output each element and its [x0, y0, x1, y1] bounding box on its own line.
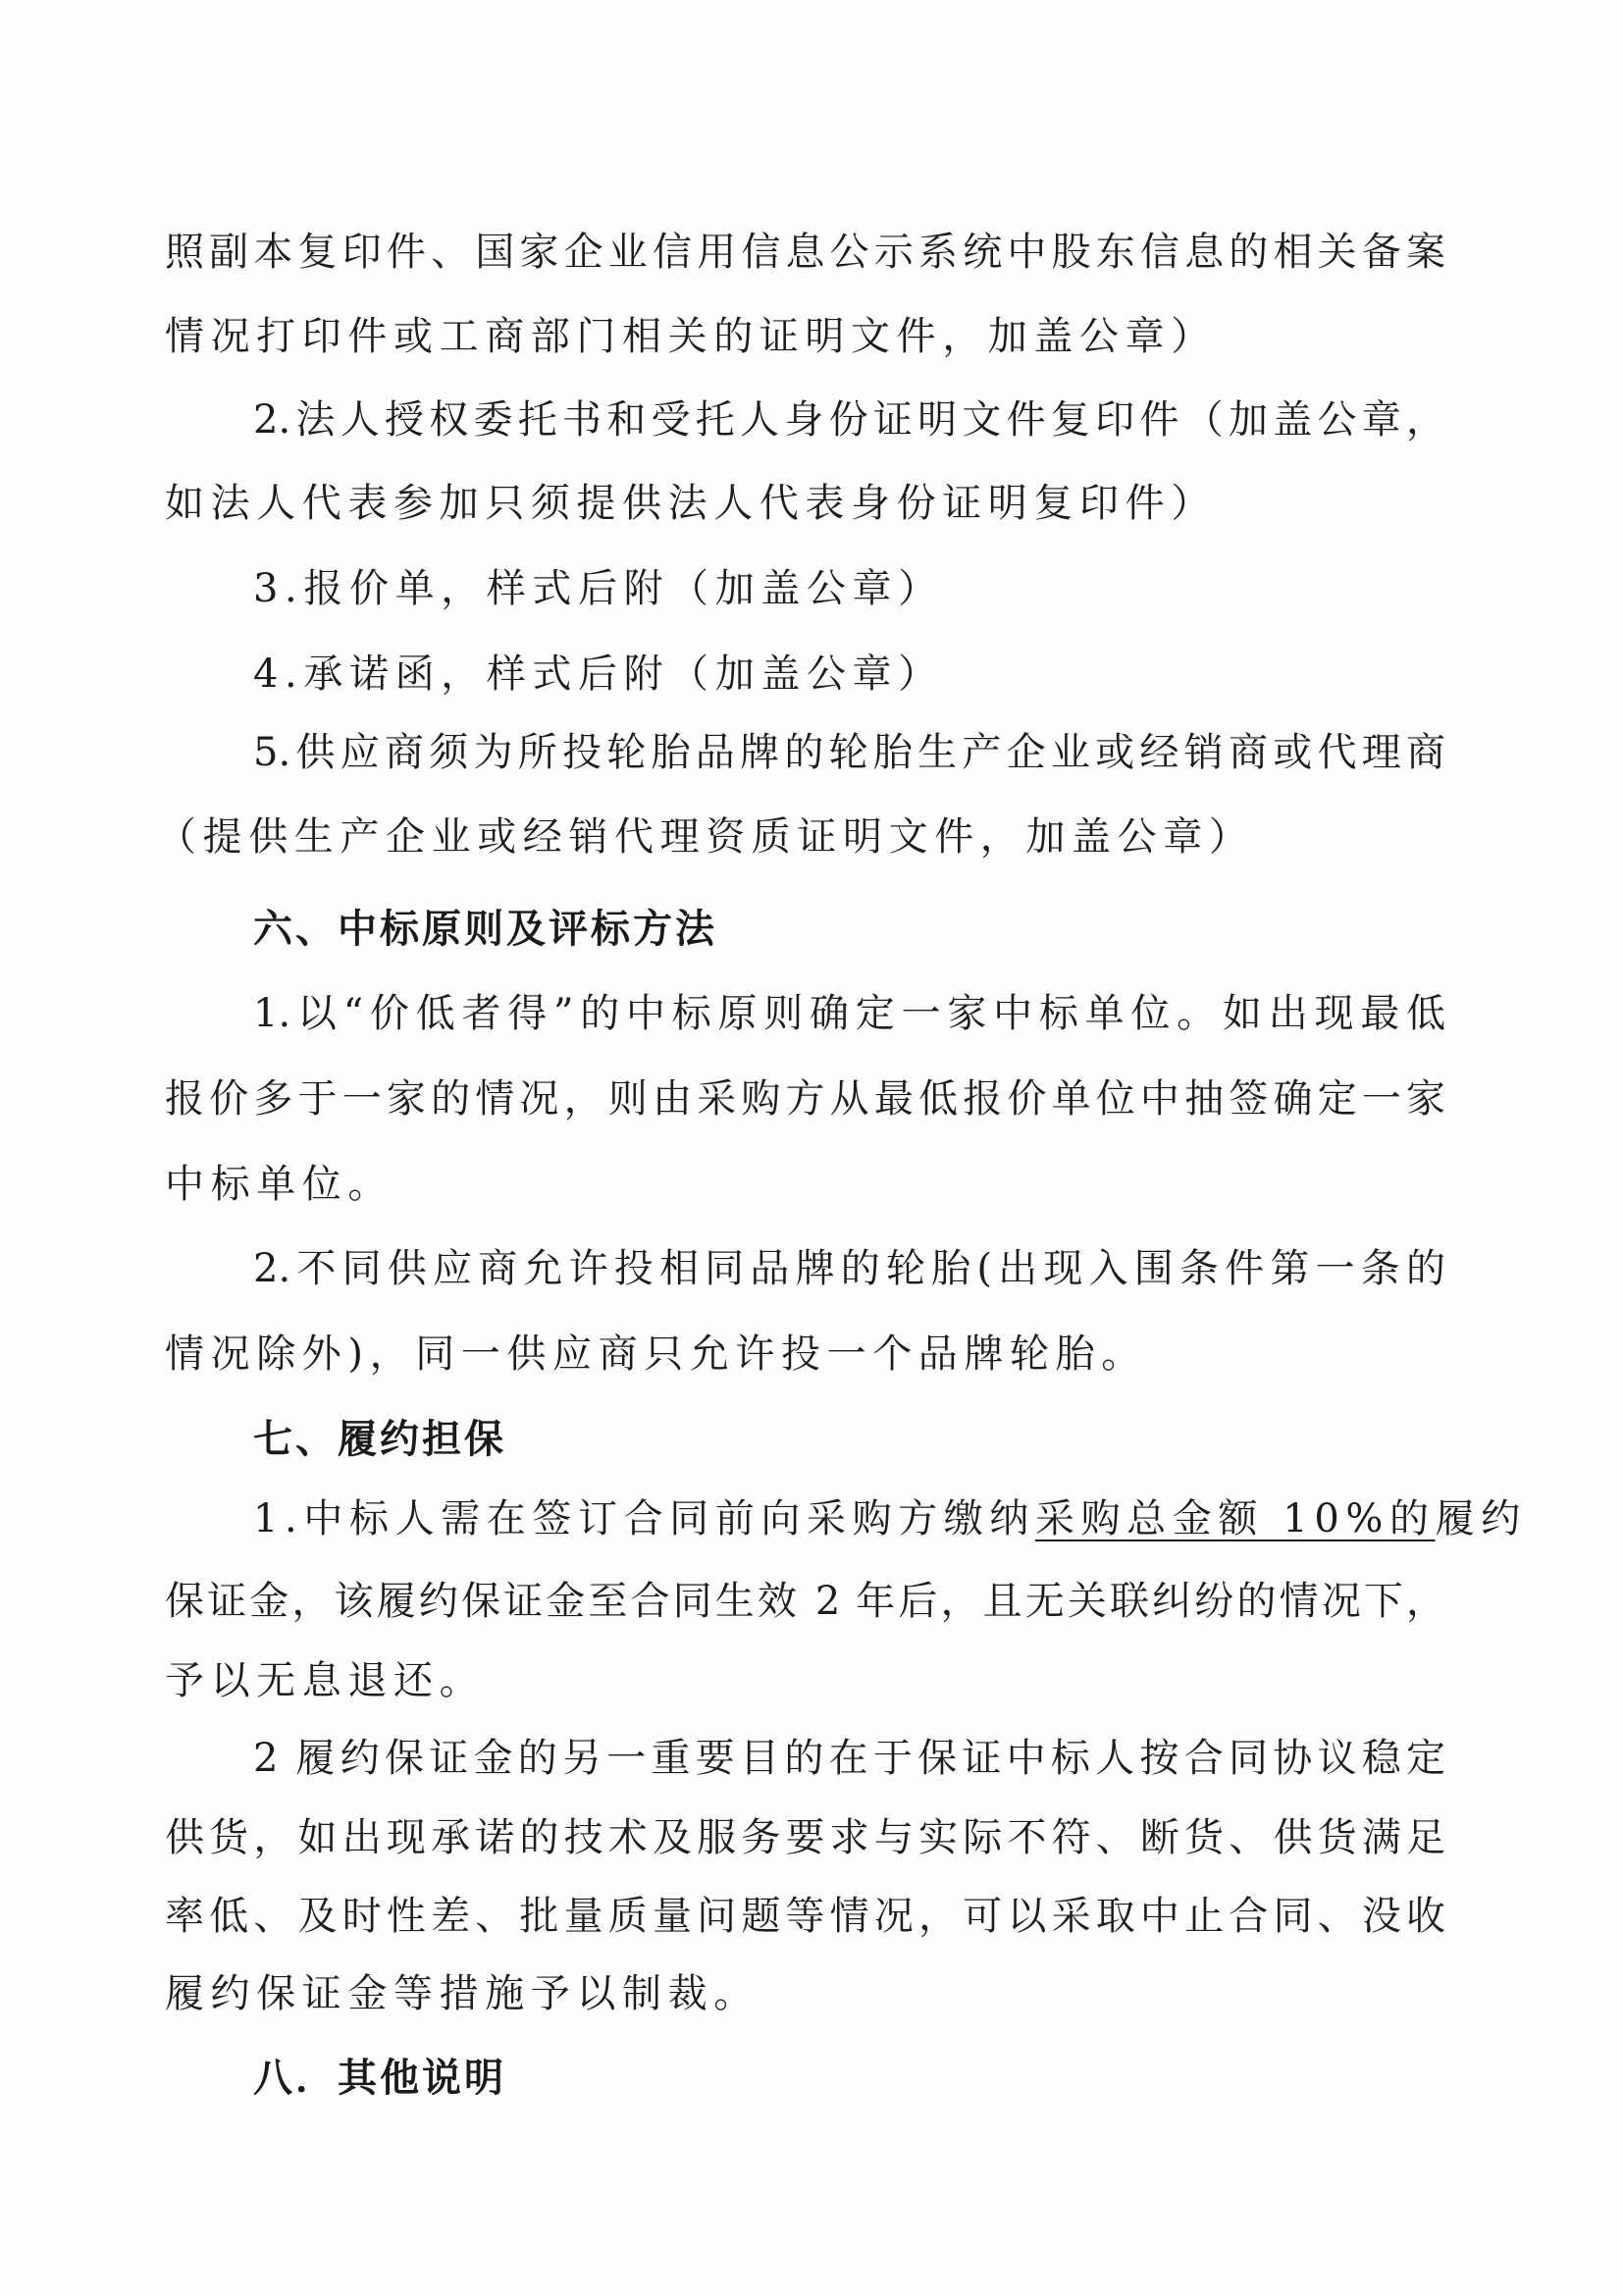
- list-item-line: 报价多于一家的情况，则由采购方从最低报价单位中抽签确定一家: [165, 1071, 1445, 1126]
- list-item-line: 供货，如出现承诺的技术及服务要求与实际不符、断货、供货满足: [165, 1810, 1445, 1865]
- paragraph-line: 照副本复印件、国家企业信用信息公示系统中股东信息的相关备案: [165, 225, 1445, 280]
- list-item-line: 2 履约保证金的另一重要目的在于保证中标人按合同协议稳定: [253, 1731, 1445, 1786]
- list-item-line: 中标单位。: [165, 1157, 393, 1212]
- list-item-line: 如法人代表参加只须提供法人代表身份证明复印件）: [165, 476, 1217, 531]
- list-item-line: （提供生产企业或经销代理资质证明文件，加盖公章）: [157, 809, 1254, 864]
- document-page: 照副本复印件、国家企业信用信息公示系统中股东信息的相关备案 情况打印件或工商部门…: [0, 0, 1623, 2296]
- list-item-line: 予以无息退还。: [165, 1653, 485, 1708]
- paragraph-line: 情况打印件或工商部门相关的证明文件，加盖公章）: [165, 309, 1217, 364]
- list-item-line: 履约保证金等措施予以制裁。: [165, 1966, 759, 2021]
- section-heading-6: 六、中标原则及评标方法: [253, 902, 717, 957]
- text-segment: 履约: [1436, 1491, 1527, 1546]
- list-item-line: 3.报价单，样式后附（加盖公章）: [253, 561, 944, 616]
- list-item-line: 4.承诺函，样式后附（加盖公章）: [253, 647, 944, 702]
- underlined-amount: 采购总金额 10%的: [1035, 1491, 1436, 1546]
- section-heading-8: 八．其他说明: [253, 2051, 506, 2106]
- list-item-line: 1.中标人需在签订合同前向采购方缴纳 采购总金额 10%的 履约: [253, 1491, 1445, 1546]
- list-item-line: 情况除外)，同一供应商只允许投一个品牌轮胎。: [165, 1327, 1147, 1382]
- list-item-line: 保证金，该履约保证金至合同生效 2 年后，且无关联纠纷的情况下，: [165, 1574, 1445, 1629]
- section-heading-7: 七、履约担保: [253, 1412, 506, 1467]
- text-segment: 1.中标人需在签订合同前向采购方缴纳: [253, 1491, 1035, 1546]
- list-item-line: 1.以“价低者得”的中标原则确定一家中标单位。如出现最低: [253, 986, 1445, 1041]
- list-item-line: 5.供应商须为所投轮胎品牌的轮胎生产企业或经销商或代理商: [253, 725, 1445, 780]
- list-item-line: 2.法人授权委托书和受托人身份证明文件复印件（加盖公章，: [253, 392, 1445, 447]
- list-item-line: 2.不同供应商允许投相同品牌的轮胎(出现入围条件第一条的: [253, 1241, 1445, 1296]
- list-item-line: 率低、及时性差、批量质量问题等情况，可以采取中止合同、没收: [165, 1889, 1445, 1944]
